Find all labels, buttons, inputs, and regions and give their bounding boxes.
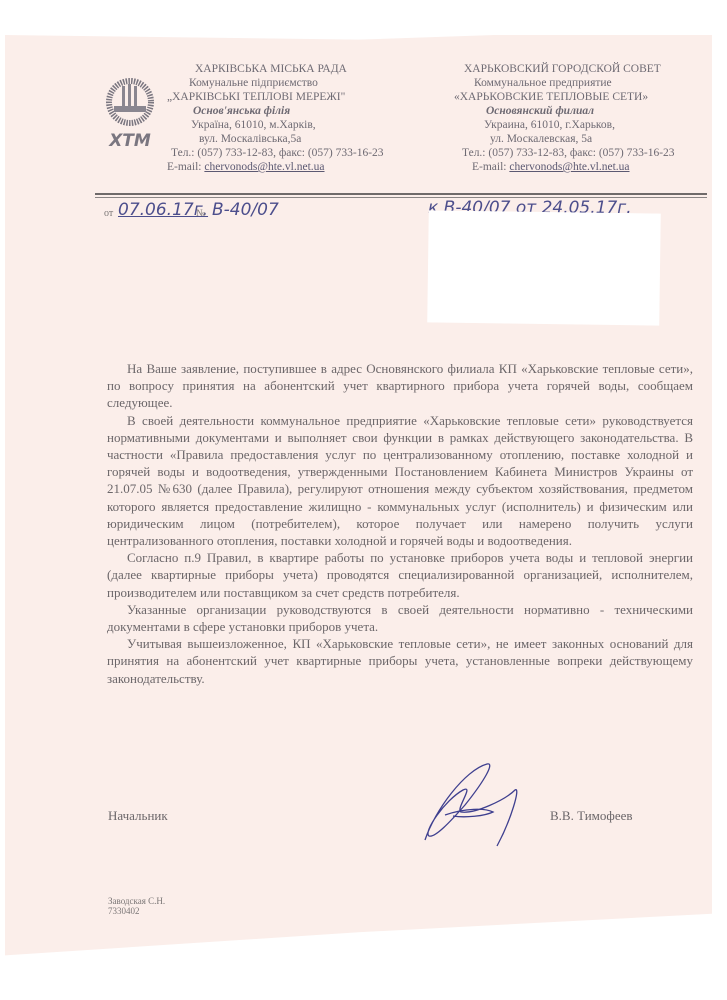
email-line-ua: E-mail: chervonods@hte.vl.net.ua [165,160,384,174]
number-label: № [196,208,206,219]
outgoing-number: В-40/07 [212,200,279,220]
executor-name: Заводская С.Н. [108,896,165,906]
handwritten-signature-icon [415,760,525,850]
paragraph-2: В своей деятельности коммунальное предпр… [107,412,693,550]
executor-phone: 7330402 [108,906,165,916]
header-divider-thick [95,193,707,195]
council-ua: ХАРКІВСЬКА МІСЬКА РАДА [165,62,384,76]
email-line-ru: E-mail: chervonods@hte.vl.net.ua [462,160,675,174]
redacted-address-block [427,210,661,325]
paragraph-4: Указанные организации руководствуются в … [107,601,693,635]
branch-ua: Основ'янська філія [165,104,384,118]
header-ukrainian: ХАРКІВСЬКА МІСЬКА РАДА Комунальне підпри… [165,62,384,174]
phone-ru: Тел.: (057) 733-12-83, факс: (057) 733-1… [462,146,675,160]
paragraph-1: На Ваше заявление, поступившее в адрес О… [107,360,693,412]
letter-body: На Ваше заявление, поступившее в адрес О… [107,360,693,687]
address-ru-2: ул. Москалевская, 5а [462,132,675,146]
outgoing-date: 07.06.17г. [118,200,208,220]
paragraph-3: Согласно п.9 Правил, в квартире работы п… [107,549,693,601]
enterprise-type-ru: Коммунальное предприятие [462,76,675,90]
khtm-logo-icon: ХТМ [100,78,160,150]
enterprise-name-ru: «ХАРЬКОВСКИЕ ТЕПЛОВЫЕ СЕТИ» [454,90,675,104]
header-russian: ХАРЬКОВСКИЙ ГОРОДСКОЙ СОВЕТ Коммунальное… [462,62,675,174]
phone-ua: Тел.: (057) 733-12-83, факс: (057) 733-1… [165,146,384,160]
address-ru-1: Украина, 61010, г.Харьков, [462,118,675,132]
enterprise-name-ua: „ХАРКІВСЬКІ ТЕПЛОВІ МЕРЕЖІ" [165,90,384,104]
paragraph-5: Учитывая вышеизложенное, КП «Харьковские… [107,635,693,687]
email-link-ru[interactable]: chervonods@hte.vl.net.ua [509,161,629,173]
executor-info: Заводская С.Н. 7330402 [108,896,165,916]
address-ua-2: вул. Москалівська,5а [165,132,384,146]
branch-ru: Основянский филиал [462,104,675,118]
email-link-ua[interactable]: chervonods@hte.vl.net.ua [204,161,324,173]
signatory-name: В.В. Тимофеев [550,808,633,824]
svg-text:ХТМ: ХТМ [108,131,151,150]
address-ua-1: Україна, 61010, м.Харків, [165,118,384,132]
council-ru: ХАРЬКОВСКИЙ ГОРОДСКОЙ СОВЕТ [462,62,675,76]
from-label: от [104,208,113,219]
signatory-role: Начальник [108,808,168,824]
enterprise-type-ua: Комунальне підприємство [165,76,384,90]
